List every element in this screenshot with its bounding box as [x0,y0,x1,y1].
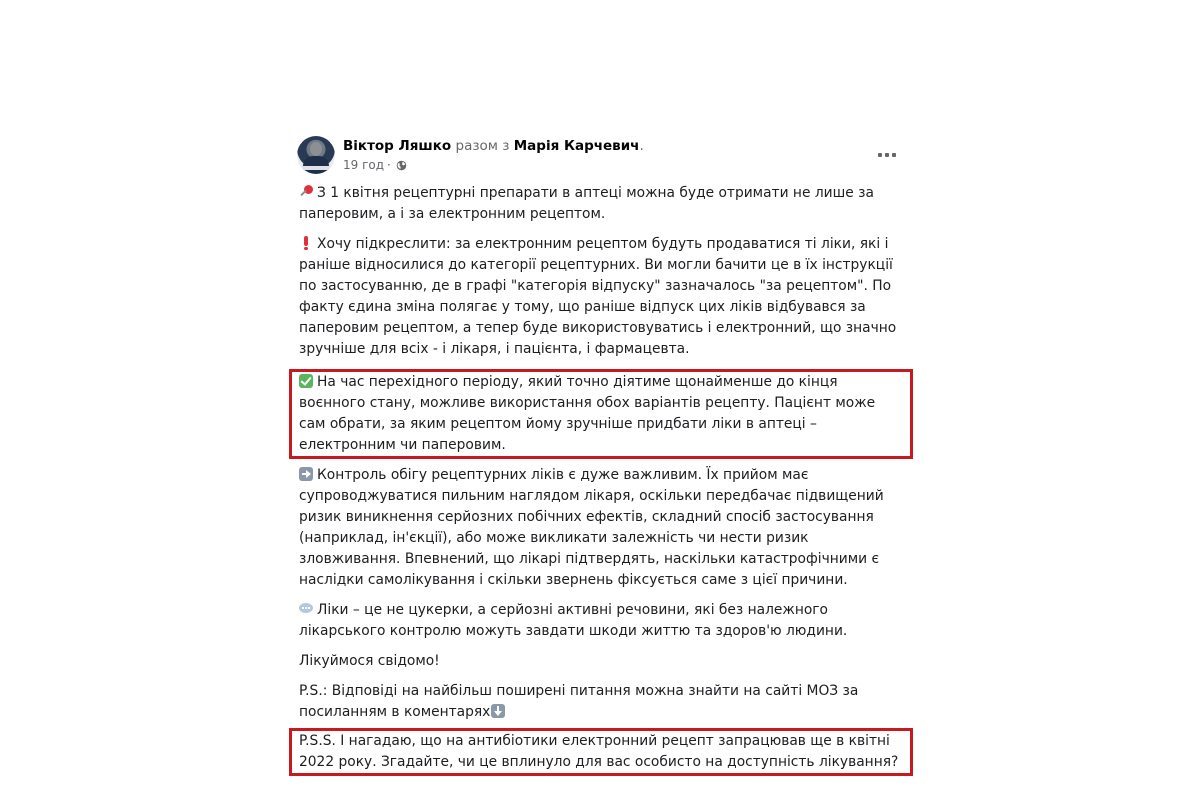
paragraph-pss-highlighted: P.S.S. І нагадаю, що на антибіотики елек… [289,728,913,776]
paragraph-text: Хочу підкреслити: за електронним рецепто… [299,236,896,357]
check-mark-icon [299,374,313,388]
author-avatar[interactable] [297,136,335,174]
post-timestamp[interactable]: 19 год [343,157,384,173]
more-dot [878,153,882,157]
facebook-post: Віктор Ляшко разом з Марія Карчевич. 19 … [297,136,909,782]
paragraph-text: Лікуймося свідомо! [299,653,440,669]
more-options-button[interactable] [873,144,901,166]
meta-separator: · [387,157,391,173]
globe-icon[interactable] [396,160,407,171]
speech-bubble-icon [299,602,313,616]
exclamation-icon [299,236,313,250]
paragraph-text: P.S.S. І нагадаю, що на антибіотики елек… [299,733,898,770]
tagged-suffix: . [639,138,643,154]
more-dot [885,153,889,157]
paragraph-medicine: Ліки – це не цукерки, а серйозні активні… [297,600,909,642]
paragraph-emphasis: Хочу підкреслити: за електронним рецепто… [297,234,909,360]
with-word: разом з [456,138,510,154]
post-header: Віктор Ляшко разом з Марія Карчевич. 19 … [297,136,909,176]
more-dot [892,153,896,157]
avatar-body [303,156,329,174]
paragraph-text: Контроль обігу рецептурних ліків є дуже … [299,467,884,588]
down-arrow-icon [491,704,505,718]
tagged-person[interactable]: Марія Карчевич [514,138,640,154]
paragraph-text: P.S.: Відповіді на найбільш поширені пит… [299,683,858,720]
paragraph-transition-highlighted: На час перехідного періоду, який точно д… [289,369,913,459]
avatar-desk [301,166,331,170]
pushpin-icon [299,185,313,199]
paragraph-text: На час перехідного періоду, який точно д… [299,374,875,453]
right-arrow-icon [299,467,313,481]
paragraph-text: Ліки – це не цукерки, а серйозні активні… [299,602,847,639]
author-line: Віктор Ляшко разом з Марія Карчевич. [343,137,644,155]
post-body: З 1 квітня рецептурні препарати в аптеці… [297,183,909,776]
paragraph-announcement: З 1 квітня рецептурні препарати в аптеці… [297,183,909,225]
paragraph-control: Контроль обігу рецептурних ліків є дуже … [297,465,909,591]
post-meta: 19 год · [343,157,407,173]
avatar-face [310,142,322,156]
paragraph-ps: P.S.: Відповіді на найбільш поширені пит… [297,681,909,723]
paragraph-slogan: Лікуймося свідомо! [297,651,909,672]
author-name[interactable]: Віктор Ляшко [343,138,451,154]
paragraph-text: З 1 квітня рецептурні препарати в аптеці… [299,185,874,222]
